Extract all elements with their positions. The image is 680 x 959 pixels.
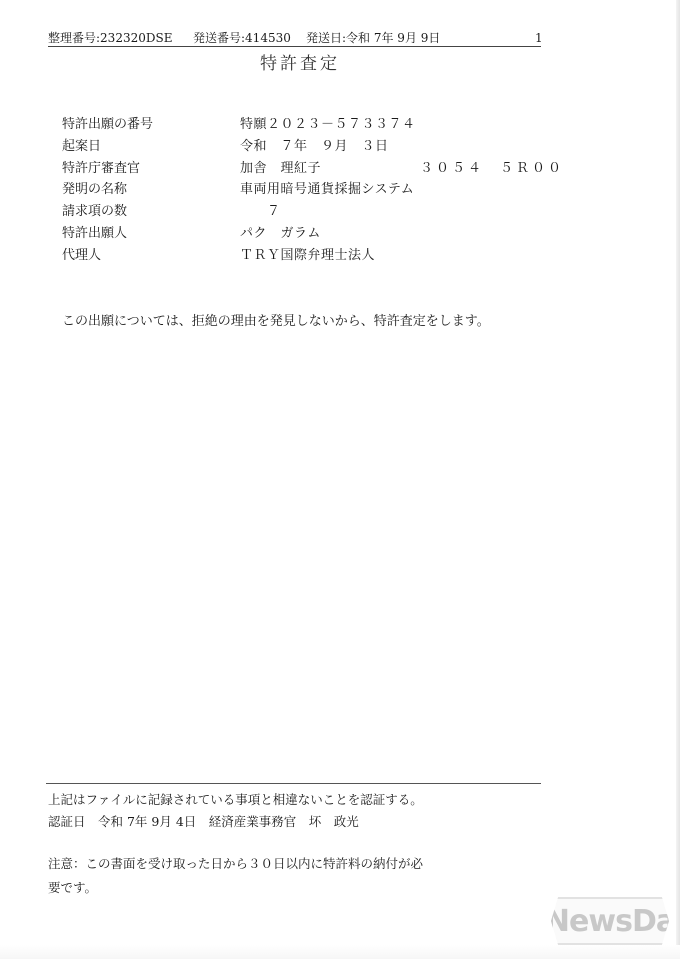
field-label: 起案日 [62,137,101,157]
field-label: 請求項の数 [62,202,127,222]
field-value: 特願２０２３－５７３３７４ [240,115,416,135]
field-label: 発明の名称 [62,180,127,200]
docket-number: 整理番号:232320DSE [48,31,172,45]
payment-notice-line1: 注意：この書面を受け取った日から３０日以内に特許料の納付が必 [48,855,423,873]
decision-text: この出願については、拒絶の理由を発見しないから、特許査定をします。 [62,313,490,331]
field-value: ＴＲＹ国際弁理士法人 [240,246,375,266]
page-bottom-shadow [0,945,680,959]
page-edge-shadow [676,0,680,959]
footer-divider [46,783,541,784]
document-title: 特許査定 [0,49,600,74]
examiner-code: ３０５４ ５Ｒ００ [420,159,564,179]
field-value: パク ガラム [240,224,321,244]
watermark-logo: NewsDa [551,897,669,945]
field-value: 加舎 理紅子 [240,159,321,179]
dispatch-date: 発送日:令和 7年 9月 9日 [306,31,440,45]
watermark-text: NewsDa [545,904,675,939]
field-label: 代理人 [62,246,101,266]
field-value: 令和 ７年 ９月 ３日 [240,137,389,157]
document-header: 整理番号:232320DSE 発送番号:414530 発送日:令和 7年 9月 … [48,31,541,47]
field-value: ７ [240,202,281,222]
page-number: 1 [535,31,543,45]
payment-notice-line2: 要です。 [48,879,97,897]
dispatch-number: 発送番号:414530 [193,31,291,45]
field-label: 特許出願の番号 [62,115,153,135]
field-value: 車両用暗号通貨採掘システム [240,180,414,200]
document-page: 整理番号:232320DSE 発送番号:414530 発送日:令和 7年 9月 … [0,0,676,959]
certification-statement: 上記はファイルに記録されている事項と相違ないことを認証する。 [48,791,423,809]
certification-date: 認証日 令和 7年 9月 4日 経済産業事務官 坏 政光 [48,813,359,831]
field-label: 特許庁審査官 [62,159,140,179]
field-label: 特許出願人 [62,224,127,244]
